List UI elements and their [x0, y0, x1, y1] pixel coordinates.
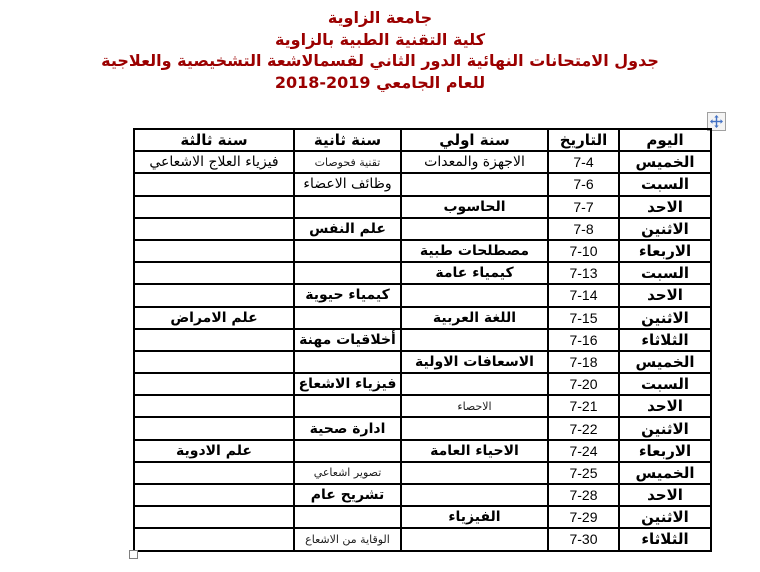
subject-cell [294, 196, 401, 218]
day-cell: الخميس [619, 151, 711, 173]
day-cell: الاربعاء [619, 440, 711, 462]
subject-cell: علم الامراض [134, 307, 294, 329]
table-row: السبت 7-13 كيمياء عامة [134, 262, 711, 284]
table-row: الاحد 7-7 الحاسوب [134, 196, 711, 218]
subject-cell [401, 484, 548, 506]
table-row: الاثنين 7-8 علم النفس [134, 218, 711, 240]
subject-cell [401, 528, 548, 550]
day-cell: الاثنين [619, 417, 711, 439]
subject-cell [294, 440, 401, 462]
subject-cell [134, 462, 294, 484]
table-row: الاثنين 7-22 ادارة صحية [134, 417, 711, 439]
subject-cell: الحاسوب [401, 196, 548, 218]
table-row: الخميس 7-4 الاجهزة والمعدات تقنية فحوصات… [134, 151, 711, 173]
subject-cell [401, 284, 548, 306]
subject-cell [134, 373, 294, 395]
day-cell: الاحد [619, 284, 711, 306]
title-line-schedule: جدول الامتحانات النهائية الدور الثاني لق… [0, 50, 760, 72]
subject-cell [134, 484, 294, 506]
date-cell: 7-21 [548, 395, 619, 417]
subject-cell [134, 417, 294, 439]
table-row: الاحد 7-14 كيمياء حيوية [134, 284, 711, 306]
subject-cell [134, 506, 294, 528]
subject-cell [294, 395, 401, 417]
table-row: الاثنين 7-29 الفيزياء [134, 506, 711, 528]
table-resize-handle[interactable] [129, 550, 138, 559]
subject-cell [294, 307, 401, 329]
date-cell: 7-15 [548, 307, 619, 329]
subject-cell [134, 329, 294, 351]
subject-cell: كيمياء عامة [401, 262, 548, 284]
subject-cell: ادارة صحية [294, 417, 401, 439]
date-cell: 7-24 [548, 440, 619, 462]
date-cell: 7-25 [548, 462, 619, 484]
subject-cell [134, 351, 294, 373]
subject-cell [401, 417, 548, 439]
date-cell: 7-18 [548, 351, 619, 373]
header-date: التاريخ [548, 129, 619, 151]
date-cell: 7-6 [548, 173, 619, 195]
table-row: السبت 7-20 فيزياء الاشعاع [134, 373, 711, 395]
table-row: الخميس 7-25 تصوير اشعاعي [134, 462, 711, 484]
table-row: الثلاثاء 7-30 الوقاية من الاشعاع [134, 528, 711, 550]
date-cell: 7-20 [548, 373, 619, 395]
table-row: الاربعاء 7-24 الاحياء العامة علم الادوية [134, 440, 711, 462]
subject-cell: الاحصاء [401, 395, 548, 417]
day-cell: السبت [619, 373, 711, 395]
subject-cell [134, 218, 294, 240]
subject-cell: الاجهزة والمعدات [401, 151, 548, 173]
date-cell: 7-16 [548, 329, 619, 351]
subject-cell: تصوير اشعاعي [294, 462, 401, 484]
subject-cell [134, 528, 294, 550]
day-cell: الخميس [619, 462, 711, 484]
title-line-academic-year: للعام الجامعي 2019-2018 [0, 72, 760, 94]
exam-schedule-table: اليوم التاريخ سنة اولي سنة ثانية سنة ثال… [133, 128, 712, 552]
date-cell: 7-14 [548, 284, 619, 306]
day-cell: السبت [619, 262, 711, 284]
document-title-block: جامعة الزاوية كلية التقنية الطبية بالزاو… [0, 7, 760, 93]
day-cell: الاثنين [619, 218, 711, 240]
subject-cell: فيزياء العلاج الاشعاعي [134, 151, 294, 173]
day-cell: الخميس [619, 351, 711, 373]
subject-cell: علم الادوية [134, 440, 294, 462]
date-cell: 7-10 [548, 240, 619, 262]
header-year2: سنة ثانية [294, 129, 401, 151]
table-row: الاربعاء 7-10 مصطلحات طبية [134, 240, 711, 262]
subject-cell [294, 262, 401, 284]
subject-cell [401, 462, 548, 484]
subject-cell: أخلاقيات مهنة [294, 329, 401, 351]
subject-cell [401, 373, 548, 395]
subject-cell [134, 284, 294, 306]
table-row: الثلاثاء 7-16 أخلاقيات مهنة [134, 329, 711, 351]
table-row: الاحد 7-21 الاحصاء [134, 395, 711, 417]
header-year1: سنة اولي [401, 129, 548, 151]
subject-cell: الفيزياء [401, 506, 548, 528]
day-cell: الاثنين [619, 307, 711, 329]
date-cell: 7-4 [548, 151, 619, 173]
date-cell: 7-30 [548, 528, 619, 550]
table-row: الاثنين 7-15 اللغة العربية علم الامراض [134, 307, 711, 329]
table-row: الاحد 7-28 تشريح عام [134, 484, 711, 506]
title-line-college: كلية التقنية الطبية بالزاوية [0, 29, 760, 51]
day-cell: الاحد [619, 484, 711, 506]
subject-cell [134, 262, 294, 284]
subject-cell [294, 240, 401, 262]
subject-cell: الوقاية من الاشعاع [294, 528, 401, 550]
date-cell: 7-13 [548, 262, 619, 284]
subject-cell [134, 395, 294, 417]
subject-cell: تشريح عام [294, 484, 401, 506]
word-document-page: { "title": { "color": "#9b0000", "line1"… [0, 0, 760, 572]
date-cell: 7-22 [548, 417, 619, 439]
table-move-icon [710, 115, 723, 128]
date-cell: 7-29 [548, 506, 619, 528]
subject-cell: اللغة العربية [401, 307, 548, 329]
subject-cell [294, 506, 401, 528]
date-cell: 7-28 [548, 484, 619, 506]
subject-cell [134, 196, 294, 218]
day-cell: الاثنين [619, 506, 711, 528]
subject-cell: الاحياء العامة [401, 440, 548, 462]
date-cell: 7-7 [548, 196, 619, 218]
subject-cell [401, 173, 548, 195]
day-cell: الثلاثاء [619, 528, 711, 550]
day-cell: الاحد [619, 395, 711, 417]
subject-cell: علم النفس [294, 218, 401, 240]
subject-cell: فيزياء الاشعاع [294, 373, 401, 395]
subject-cell: مصطلحات طبية [401, 240, 548, 262]
day-cell: الاربعاء [619, 240, 711, 262]
subject-cell [134, 173, 294, 195]
table-row: السبت 7-6 وظائف الاعضاء [134, 173, 711, 195]
subject-cell [294, 351, 401, 373]
subject-cell: كيمياء حيوية [294, 284, 401, 306]
day-cell: الاحد [619, 196, 711, 218]
subject-cell: تقنية فحوصات [294, 151, 401, 173]
table-header-row: اليوم التاريخ سنة اولي سنة ثانية سنة ثال… [134, 129, 711, 151]
subject-cell [401, 329, 548, 351]
day-cell: السبت [619, 173, 711, 195]
title-line-university: جامعة الزاوية [0, 7, 760, 29]
subject-cell: وظائف الاعضاء [294, 173, 401, 195]
date-cell: 7-8 [548, 218, 619, 240]
subject-cell: الاسعافات الاولية [401, 351, 548, 373]
header-year3: سنة ثالثة [134, 129, 294, 151]
table-row: الخميس 7-18 الاسعافات الاولية [134, 351, 711, 373]
day-cell: الثلاثاء [619, 329, 711, 351]
subject-cell [401, 218, 548, 240]
subject-cell [134, 240, 294, 262]
header-day: اليوم [619, 129, 711, 151]
